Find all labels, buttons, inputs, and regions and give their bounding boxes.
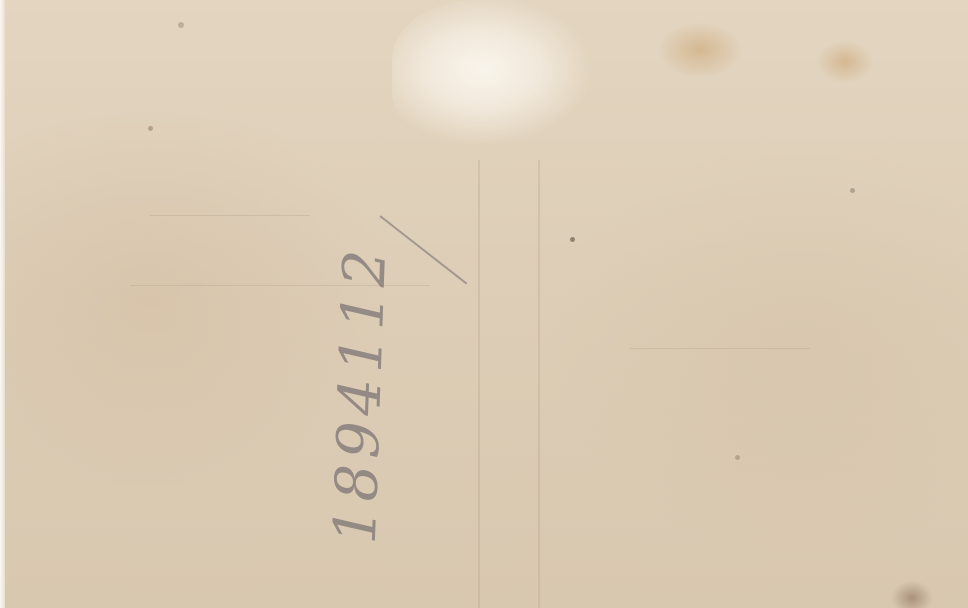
paper-edge bbox=[0, 0, 5, 608]
fold-line bbox=[478, 160, 480, 608]
paper-document: 1894112 bbox=[0, 0, 968, 608]
speck bbox=[850, 188, 855, 193]
faint-rule bbox=[150, 215, 310, 216]
speck bbox=[148, 126, 153, 131]
wax-stain bbox=[392, 0, 612, 158]
speck bbox=[735, 455, 740, 460]
fold-line bbox=[538, 160, 540, 608]
faint-rule bbox=[630, 348, 810, 349]
speck bbox=[178, 22, 184, 28]
handwritten-number: 1894112 bbox=[320, 233, 399, 555]
speck bbox=[570, 237, 575, 242]
